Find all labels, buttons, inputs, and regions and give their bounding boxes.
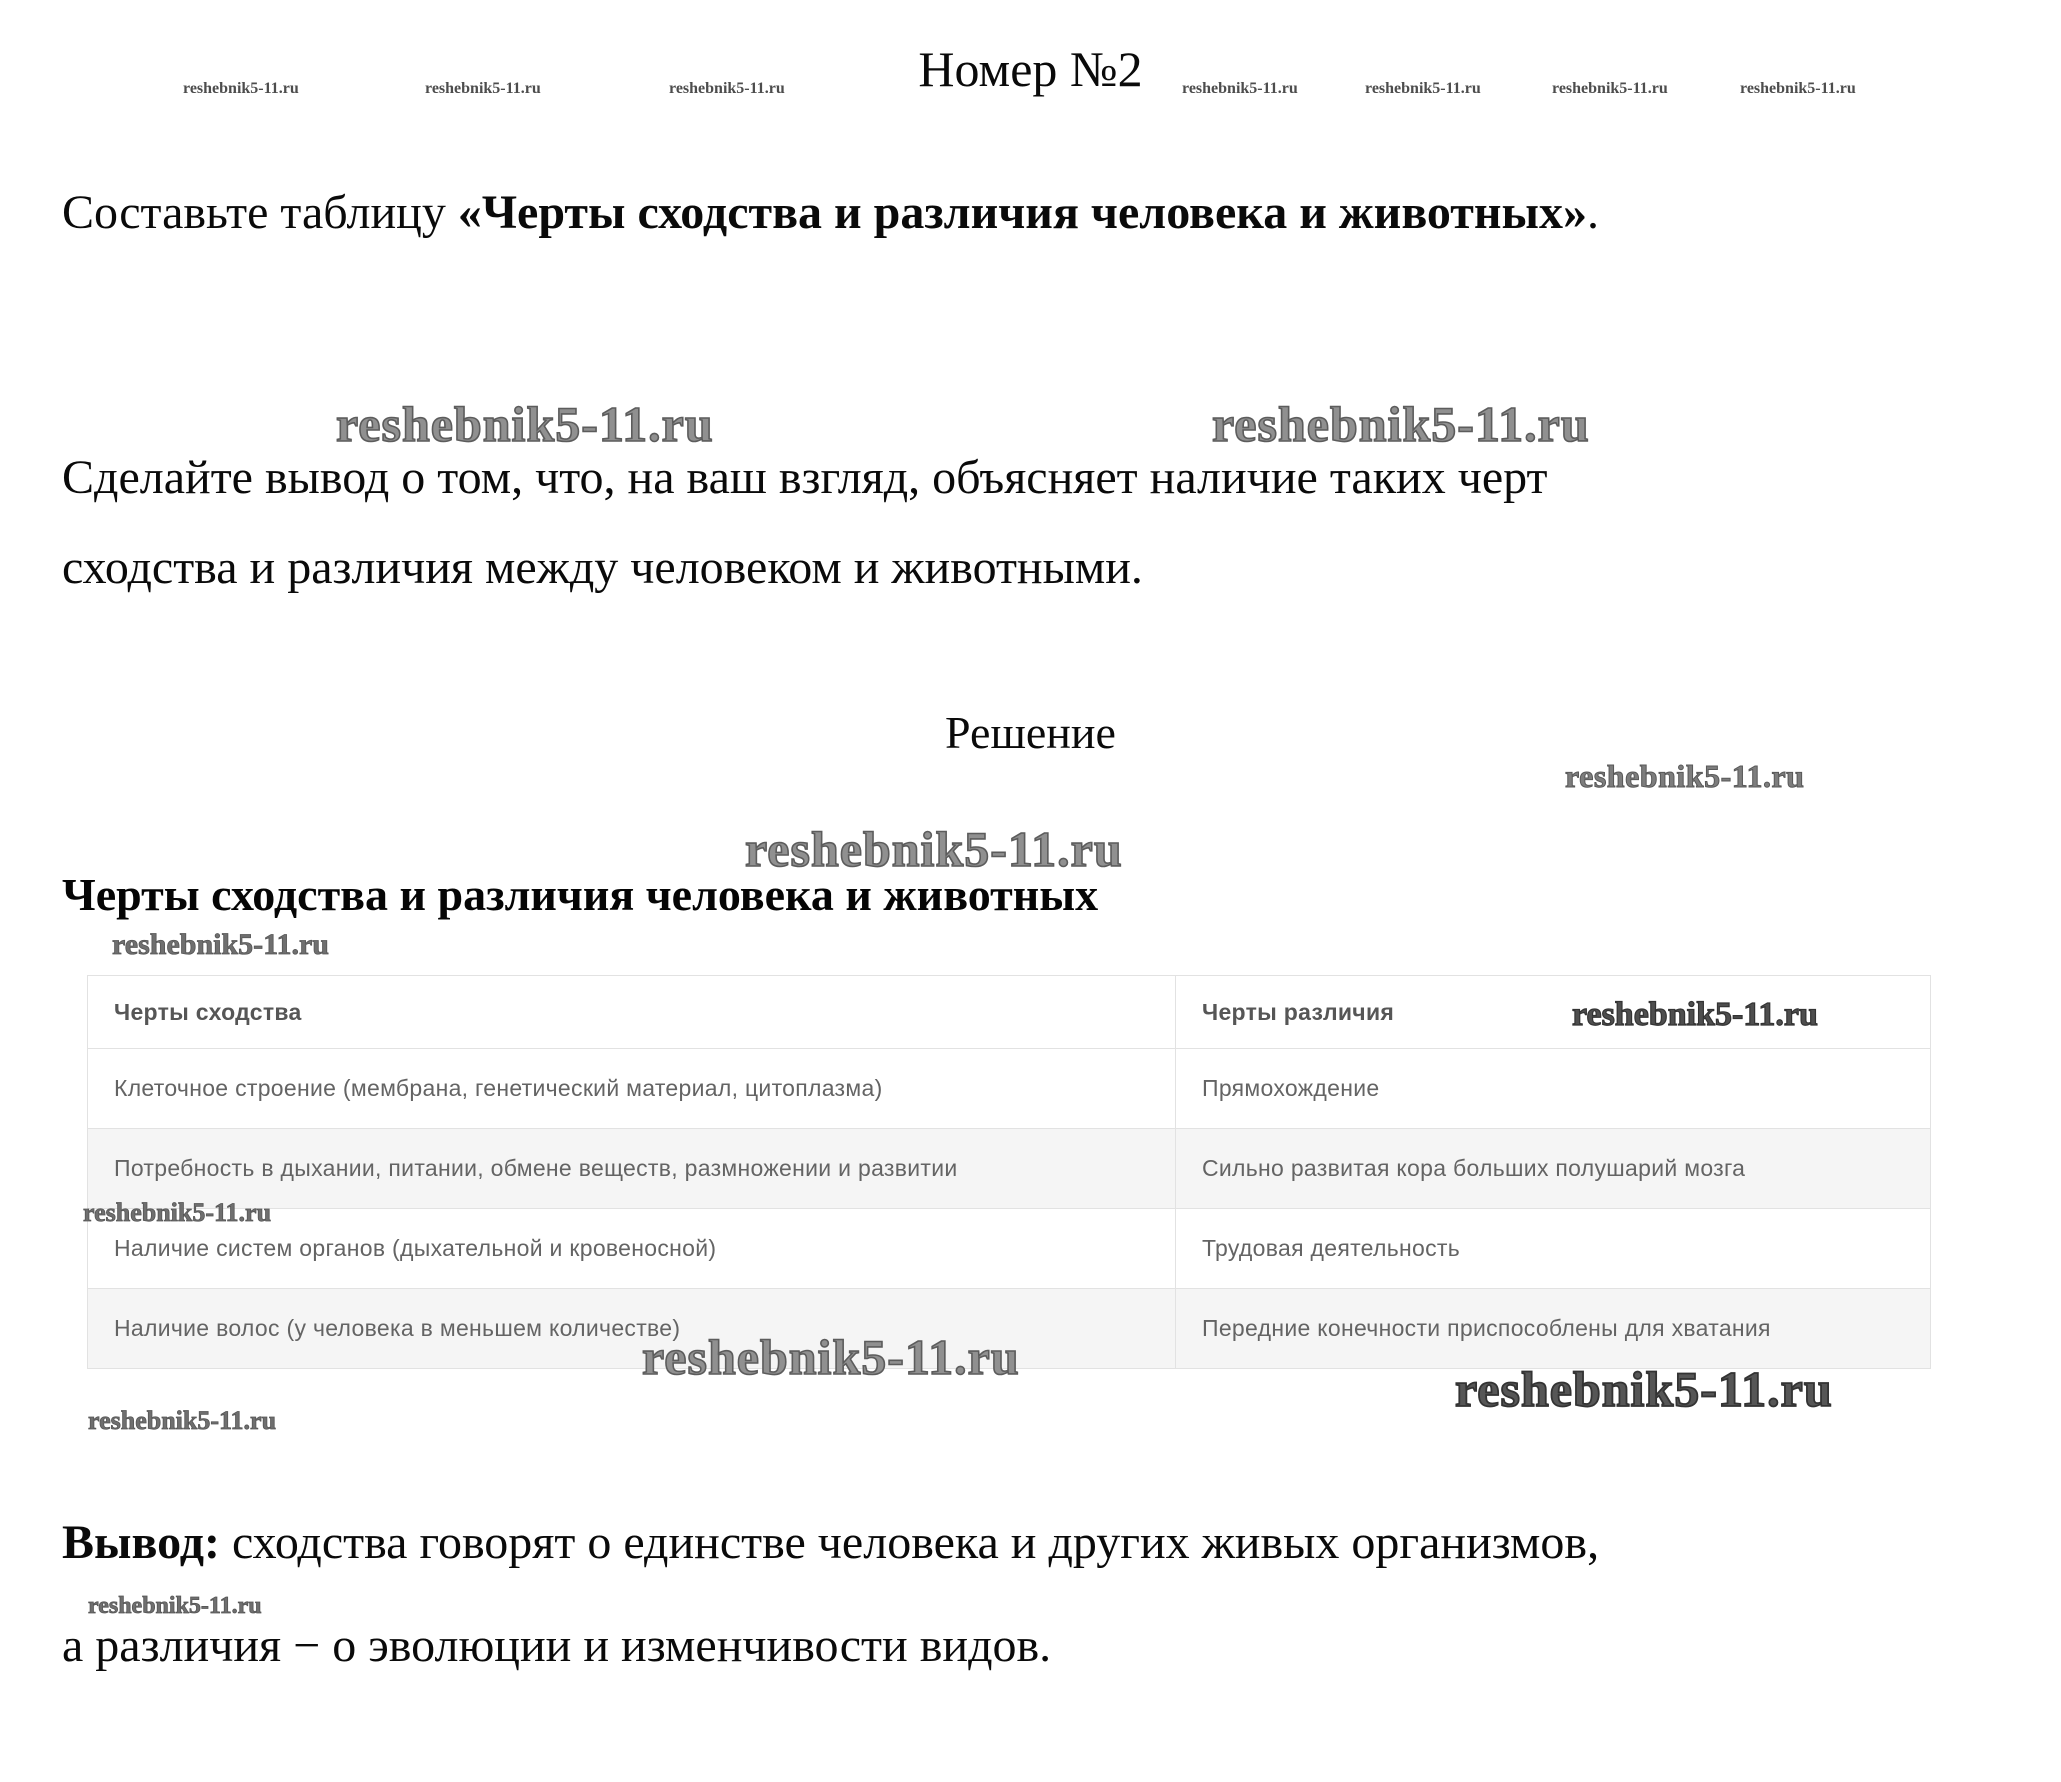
- task-suffix: .: [1587, 186, 1599, 239]
- watermark: reshebnik5-11.ru: [642, 1328, 1020, 1386]
- watermark: reshebnik5-11.ru: [1455, 1360, 1833, 1418]
- watermark: reshebnik5-11.ru: [88, 1593, 262, 1620]
- conclusion-text: сходства говорят о единстве человека и д…: [220, 1516, 1599, 1569]
- conclusion-line-2: а различия − о эволюции и изменчивости в…: [62, 1618, 1051, 1673]
- watermark: reshebnik5-11.ru: [112, 928, 329, 962]
- table-cell: Передние конечности приспособлены для хв…: [1176, 1289, 1931, 1369]
- task-text-line-3: сходства и различия между человеком и жи…: [62, 540, 1143, 595]
- watermark: reshebnik5-11.ru: [425, 80, 541, 98]
- task-prefix: Составьте таблицу: [62, 186, 458, 239]
- table-row: Наличие систем органов (дыхательной и кр…: [88, 1209, 1931, 1289]
- watermark: reshebnik5-11.ru: [183, 80, 299, 98]
- watermark: reshebnik5-11.ru: [745, 820, 1123, 878]
- watermark: reshebnik5-11.ru: [1740, 80, 1856, 98]
- watermark: reshebnik5-11.ru: [1182, 80, 1298, 98]
- table-row: Клеточное строение (мембрана, генетическ…: [88, 1049, 1931, 1129]
- watermark: reshebnik5-11.ru: [1212, 395, 1590, 453]
- watermark: reshebnik5-11.ru: [83, 1198, 271, 1228]
- table-row: Потребность в дыхании, питании, обмене в…: [88, 1129, 1931, 1209]
- watermark: reshebnik5-11.ru: [1365, 80, 1481, 98]
- task-text-line-1: Составьте таблицу «Черты сходства и разл…: [62, 185, 1599, 240]
- watermark: reshebnik5-11.ru: [88, 1406, 276, 1436]
- table-cell: Сильно развитая кора больших полушарий м…: [1176, 1129, 1931, 1209]
- table-cell: Клеточное строение (мембрана, генетическ…: [88, 1049, 1176, 1129]
- comparison-table: Черты сходства Черты различия Клеточное …: [87, 975, 1931, 1369]
- watermark: reshebnik5-11.ru: [1565, 758, 1804, 795]
- watermark: reshebnik5-11.ru: [336, 395, 714, 453]
- watermark: reshebnik5-11.ru: [1572, 996, 1818, 1034]
- watermark: reshebnik5-11.ru: [1552, 80, 1668, 98]
- table-header-similarities: Черты сходства: [88, 976, 1176, 1049]
- conclusion-label: Вывод:: [62, 1516, 220, 1569]
- table-cell: Потребность в дыхании, питании, обмене в…: [88, 1129, 1176, 1209]
- task-bold-title: «Черты сходства и различия человека и жи…: [458, 186, 1587, 239]
- document-page: reshebnik5-11.ru reshebnik5-11.ru resheb…: [0, 0, 2061, 1782]
- conclusion-line-1: Вывод: сходства говорят о единстве челов…: [62, 1515, 1599, 1570]
- table-cell: Трудовая деятельность: [1176, 1209, 1931, 1289]
- table-cell: Прямохождение: [1176, 1049, 1931, 1129]
- task-text-line-2: Сделайте вывод о том, что, на ваш взгляд…: [62, 450, 1548, 505]
- solution-label: Решение: [0, 706, 2061, 759]
- watermark: reshebnik5-11.ru: [669, 80, 785, 98]
